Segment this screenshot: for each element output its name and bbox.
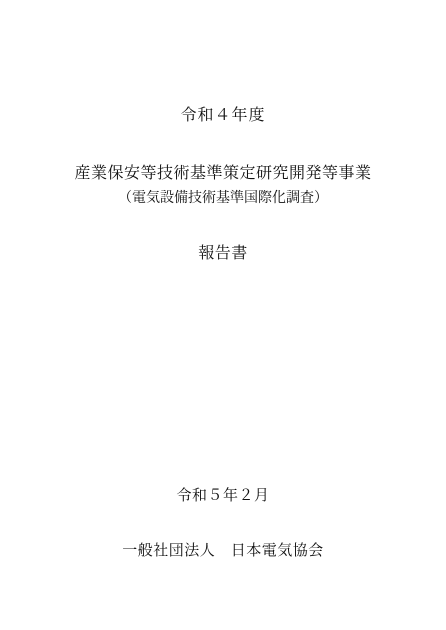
report-cover-page: 令和４年度 産業保安等技術基準策定研究開発等事業 （電気設備技術基準国際化調査）… [0, 0, 446, 630]
publication-date: 令和５年２月 [0, 484, 446, 505]
project-title: 産業保安等技術基準策定研究開発等事業 [0, 160, 446, 183]
fiscal-year-label: 令和４年度 [0, 102, 446, 125]
document-type-label: 報告書 [0, 240, 446, 263]
publisher-organization: 一般社団法人 日本電気協会 [0, 539, 446, 560]
project-subtitle: （電気設備技術基準国際化調査） [0, 187, 446, 207]
